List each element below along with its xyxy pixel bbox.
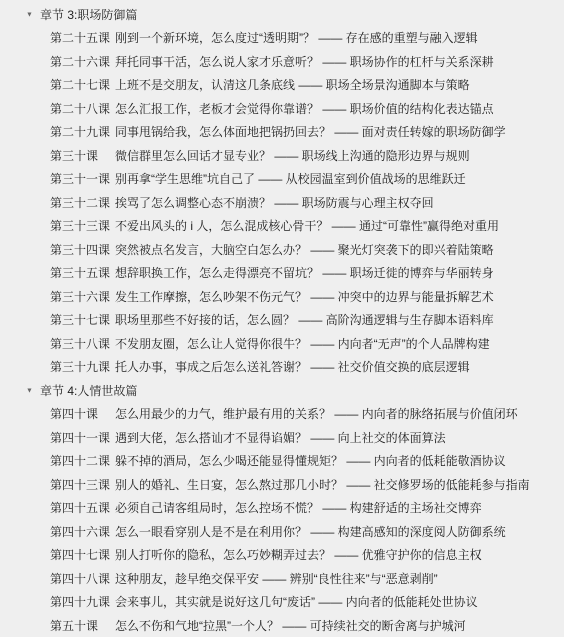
lesson-row[interactable]: 第四十八课这种朋友，趁早绝交保平安 —— 辨别“良性往来”与“恶意剥削” bbox=[0, 567, 564, 591]
chapter-label: 章节 4:人情世故篇 bbox=[40, 382, 137, 399]
lesson-title: 不爱出风头的 i 人，怎么混成核心骨干？ —— 通过“可靠性”赢得绝对重用 bbox=[115, 217, 499, 234]
lesson-number: 第三十七课 bbox=[50, 311, 115, 328]
lesson-title: 上班不是交朋友，认清这几条底线 —— 职场全场景沟通脚本与策略 bbox=[115, 76, 470, 93]
lesson-title: 必须自己请客组局时，怎么控场不慌？ —— 构建舒适的主场社交博弈 bbox=[115, 499, 482, 516]
lesson-number: 第四十八课 bbox=[50, 570, 115, 587]
lesson-title: 同事甩锅给我，怎么体面地把锅扔回去？ —— 面对责任转嫁的职场防御学 bbox=[115, 123, 506, 140]
lesson-title: 发生工作摩擦，怎么吵架不伤元气？ —— 冲突中的边界与能量拆解艺术 bbox=[115, 288, 494, 305]
lesson-number: 第二十六课 bbox=[50, 53, 115, 70]
lesson-row[interactable]: 第三十一课别再拿“学生思维”坑自己了 —— 从校园温室到价值战场的思维跃迁 bbox=[0, 167, 564, 191]
lesson-row[interactable]: 第三十六课发生工作摩擦，怎么吵架不伤元气？ —— 冲突中的边界与能量拆解艺术 bbox=[0, 285, 564, 309]
lesson-title: 挨骂了怎么调整心态不崩溃？ —— 职场防震与心理主权夺回 bbox=[115, 194, 434, 211]
lesson-row[interactable]: 第二十八课怎么汇报工作，老板才会觉得你靠谱？ —— 职场价值的结构化表达锚点 bbox=[0, 97, 564, 121]
lesson-title: 会来事儿，其实就是说好这几句“废话” —— 内向者的低能耗处世协议 bbox=[115, 593, 478, 610]
lesson-title: 怎么用最少的力气，维护最有用的关系？ —— 内向者的脉络拓展与价值闭环 bbox=[115, 405, 518, 422]
lesson-number: 第三十三课 bbox=[50, 217, 115, 234]
lesson-row[interactable]: 第四十课怎么用最少的力气，维护最有用的关系？ —— 内向者的脉络拓展与价值闭环 bbox=[0, 402, 564, 426]
chapter-row[interactable]: ▼章节 3:职场防御篇 bbox=[0, 3, 564, 27]
lesson-title: 想辞职换工作，怎么走得漂亮不留坑？ —— 职场迁徙的博弈与华丽转身 bbox=[115, 264, 494, 281]
lesson-row[interactable]: 第二十九课同事甩锅给我，怎么体面地把锅扔回去？ —— 面对责任转嫁的职场防御学 bbox=[0, 120, 564, 144]
lesson-number: 第二十九课 bbox=[50, 123, 115, 140]
lesson-title: 怎么不伤和气地“拉黑”一个人？ —— 可持续社交的断舍离与护城河 bbox=[115, 617, 466, 634]
lesson-number: 第四十课 bbox=[50, 405, 115, 422]
lesson-number: 第三十四课 bbox=[50, 241, 115, 258]
course-outline: ▼章节 3:职场防御篇第二十五课刚到一个新环境，怎么度过“透明期”？ —— 存在… bbox=[0, 0, 564, 637]
lesson-title: 刚到一个新环境，怎么度过“透明期”？ —— 存在感的重塑与融入逻辑 bbox=[115, 29, 478, 46]
lesson-number: 第四十六课 bbox=[50, 523, 115, 540]
lesson-number: 第三十五课 bbox=[50, 264, 115, 281]
lesson-row[interactable]: 第三十七课职场里那些不好接的话，怎么圆？ —— 高阶沟通逻辑与生存脚本语料库 bbox=[0, 308, 564, 332]
lesson-number: 第二十八课 bbox=[50, 100, 115, 117]
lesson-row[interactable]: 第四十九课会来事儿，其实就是说好这几句“废话” —— 内向者的低能耗处世协议 bbox=[0, 590, 564, 614]
lesson-number: 第四十五课 bbox=[50, 499, 115, 516]
lesson-number: 第三十八课 bbox=[50, 335, 115, 352]
lesson-number: 第四十一课 bbox=[50, 429, 115, 446]
lesson-title: 别人的婚礼、生日宴，怎么熬过那几小时？ —— 社交修罗场的低能耗参与指南 bbox=[115, 476, 530, 493]
lesson-row[interactable]: 第四十二课躲不掉的酒局，怎么少喝还能显得懂规矩？ —— 内向者的低耗能敬酒协议 bbox=[0, 449, 564, 473]
lesson-row[interactable]: 第三十五课想辞职换工作，怎么走得漂亮不留坑？ —— 职场迁徙的博弈与华丽转身 bbox=[0, 261, 564, 285]
lesson-number: 第二十七课 bbox=[50, 76, 115, 93]
lesson-row[interactable]: 第四十六课怎么一眼看穿别人是不是在利用你？ —— 构建高感知的深度阅人防御系统 bbox=[0, 520, 564, 544]
lesson-title: 拜托同事干活，怎么说人家才乐意听？ —— 职场协作的杠杆与关系深耕 bbox=[115, 53, 494, 70]
lesson-number: 第四十七课 bbox=[50, 546, 115, 563]
lesson-row[interactable]: 第二十七课上班不是交朋友，认清这几条底线 —— 职场全场景沟通脚本与策略 bbox=[0, 73, 564, 97]
lesson-row[interactable]: 第三十四课突然被点名发言，大脑空白怎么办？ —— 聚光灯突袭下的即兴着陆策略 bbox=[0, 238, 564, 262]
lesson-row[interactable]: 第二十五课刚到一个新环境，怎么度过“透明期”？ —— 存在感的重塑与融入逻辑 bbox=[0, 26, 564, 50]
lesson-row[interactable]: 第五十课怎么不伤和气地“拉黑”一个人？ —— 可持续社交的断舍离与护城河 bbox=[0, 614, 564, 637]
lesson-row[interactable]: 第三十二课挨骂了怎么调整心态不崩溃？ —— 职场防震与心理主权夺回 bbox=[0, 191, 564, 215]
lesson-title: 突然被点名发言，大脑空白怎么办？ —— 聚光灯突袭下的即兴着陆策略 bbox=[115, 241, 494, 258]
lesson-number: 第三十二课 bbox=[50, 194, 115, 211]
lesson-row[interactable]: 第四十一课遇到大佬，怎么搭讪才不显得谄媚？ —— 向上社交的体面算法 bbox=[0, 426, 564, 450]
lesson-row[interactable]: 第三十三课不爱出风头的 i 人，怎么混成核心骨干？ —— 通过“可靠性”赢得绝对… bbox=[0, 214, 564, 238]
lesson-row[interactable]: 第三十九课托人办事，事成之后怎么送礼答谢？ —— 社交价值交换的底层逻辑 bbox=[0, 355, 564, 379]
lesson-row[interactable]: 第三十八课不发朋友圈，怎么让人觉得你很牛？ —— 内向者“无声”的个人品牌构建 bbox=[0, 332, 564, 356]
lesson-number: 第五十课 bbox=[50, 617, 115, 634]
lesson-number: 第二十五课 bbox=[50, 29, 115, 46]
lesson-title: 这种朋友，趁早绝交保平安 —— 辨别“良性往来”与“恶意剥削” bbox=[115, 570, 438, 587]
triangle-down-icon[interactable]: ▼ bbox=[26, 387, 40, 394]
lesson-title: 怎么一眼看穿别人是不是在利用你？ —— 构建高感知的深度阅人防御系统 bbox=[115, 523, 506, 540]
lesson-title: 别再拿“学生思维”坑自己了 —— 从校园温室到价值战场的思维跃迁 bbox=[115, 170, 466, 187]
lesson-row[interactable]: 第四十五课必须自己请客组局时，怎么控场不慌？ —— 构建舒适的主场社交博弈 bbox=[0, 496, 564, 520]
lesson-title: 遇到大佬，怎么搭讪才不显得谄媚？ —— 向上社交的体面算法 bbox=[115, 429, 446, 446]
lesson-number: 第三十一课 bbox=[50, 170, 115, 187]
lesson-number: 第三十课 bbox=[50, 147, 115, 164]
lesson-title: 别人打听你的隐私，怎么巧妙糊弄过去？ —— 优雅守护你的信息主权 bbox=[115, 546, 482, 563]
lesson-row[interactable]: 第四十七课别人打听你的隐私，怎么巧妙糊弄过去？ —— 优雅守护你的信息主权 bbox=[0, 543, 564, 567]
lesson-title: 不发朋友圈，怎么让人觉得你很牛？ —— 内向者“无声”的个人品牌构建 bbox=[115, 335, 490, 352]
lesson-title: 微信群里怎么回话才显专业？ —— 职场线上沟通的隐形边界与规则 bbox=[115, 147, 470, 164]
lesson-number: 第四十九课 bbox=[50, 593, 115, 610]
lesson-row[interactable]: 第四十三课别人的婚礼、生日宴，怎么熬过那几小时？ —— 社交修罗场的低能耗参与指… bbox=[0, 473, 564, 497]
lesson-title: 托人办事，事成之后怎么送礼答谢？ —— 社交价值交换的底层逻辑 bbox=[115, 358, 470, 375]
lesson-title: 职场里那些不好接的话，怎么圆？ —— 高阶沟通逻辑与生存脚本语料库 bbox=[115, 311, 494, 328]
lesson-number: 第四十三课 bbox=[50, 476, 115, 493]
lesson-row[interactable]: 第三十课微信群里怎么回话才显专业？ —— 职场线上沟通的隐形边界与规则 bbox=[0, 144, 564, 168]
lesson-title: 躲不掉的酒局，怎么少喝还能显得懂规矩？ —— 内向者的低耗能敬酒协议 bbox=[115, 452, 506, 469]
chapter-row[interactable]: ▼章节 4:人情世故篇 bbox=[0, 379, 564, 403]
lesson-number: 第四十二课 bbox=[50, 452, 115, 469]
lesson-title: 怎么汇报工作，老板才会觉得你靠谱？ —— 职场价值的结构化表达锚点 bbox=[115, 100, 494, 117]
lesson-number: 第三十六课 bbox=[50, 288, 115, 305]
triangle-down-icon[interactable]: ▼ bbox=[26, 11, 40, 18]
lesson-row[interactable]: 第二十六课拜托同事干活，怎么说人家才乐意听？ —— 职场协作的杠杆与关系深耕 bbox=[0, 50, 564, 74]
chapter-label: 章节 3:职场防御篇 bbox=[40, 6, 137, 23]
lesson-number: 第三十九课 bbox=[50, 358, 115, 375]
